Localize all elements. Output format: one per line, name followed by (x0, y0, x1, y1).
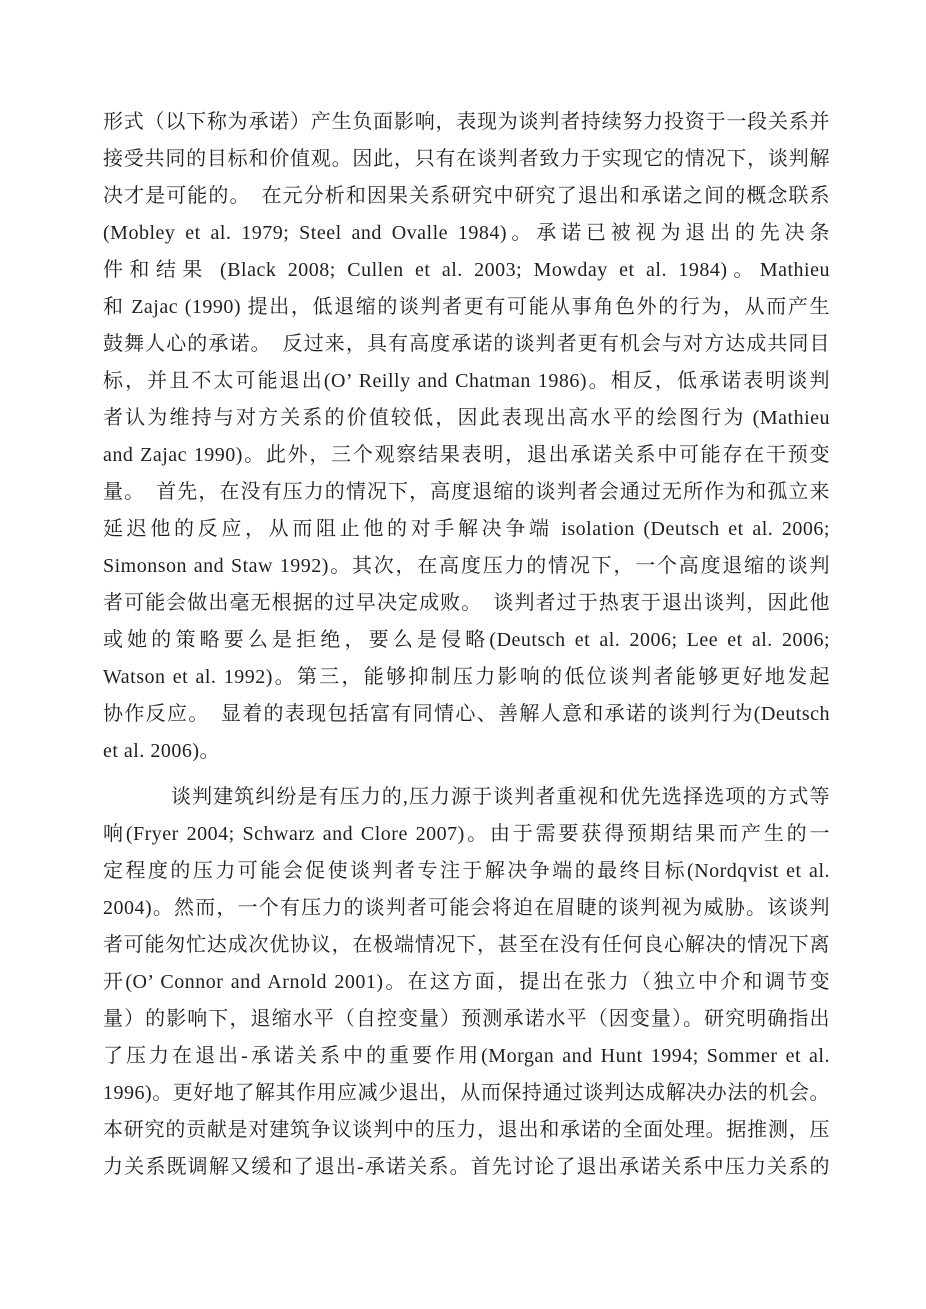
text-line: 开(O’ Connor and Arnold 2001)。在这方面，提出在张力（… (103, 964, 830, 1001)
text-line: 决才是可能的。 在元分析和因果关系研究中研究了退出和承诺之间的概念联系 (103, 178, 830, 215)
text-line: 1996)。更好地了解其作用应减少退出，从而保持通过谈判达成解决办法的机会。 (103, 1075, 830, 1112)
text-line: 件和结果 (Black 2008; Cullen et al. 2003; Mo… (103, 252, 830, 289)
text-line: 鼓舞人心的承诺。 反过来，具有高度承诺的谈判者更有机会与对方达成共同目 (103, 326, 830, 363)
text-line: and Zajac 1990)。此外，三个观察结果表明，退出承诺关系中可能存在干… (103, 437, 830, 474)
text-line: 接受共同的目标和价值观。因此，只有在谈判者致力于实现它的情况下，谈判解 (103, 141, 830, 178)
text-line: 或她的策略要么是拒绝，要么是侵略(Deutsch et al. 2006; Le… (103, 622, 830, 659)
paragraph: 谈判建筑纠纷是有压力的,压力源于谈判者重视和优先选择选项的方式等影响(Fryer… (103, 779, 830, 1186)
text-line: 力关系既调解又缓和了退出-承诺关系。首先讨论了退出承诺关系中压力关系的 (103, 1149, 830, 1186)
text-line: 本研究的贡献是对建筑争议谈判中的压力，退出和承诺的全面处理。据推测，压 (103, 1112, 830, 1149)
paragraph: 形式（以下称为承诺）产生负面影响，表现为谈判者持续努力投资于一段关系并接受共同的… (103, 104, 830, 770)
text-line: et al. 2006)。 (103, 733, 830, 770)
text-line: 标，并且不太可能退出(O’ Reilly and Chatman 1986)。相… (103, 363, 830, 400)
text-line: 者可能匆忙达成次优协议，在极端情况下，甚至在没有任何良心解决的情况下离 (103, 927, 830, 964)
text-line: 了压力在退出-承诺关系中的重要作用(Morgan and Hunt 1994; … (103, 1038, 830, 1075)
text-line: 者认为维持与对方关系的价值较低，因此表现出高水平的绘图行为 (Mathieu (103, 400, 830, 437)
text-line: 形式（以下称为承诺）产生负面影响，表现为谈判者持续努力投资于一段关系并 (103, 104, 830, 141)
text-line: Watson et al. 1992)。第三，能够抑制压力影响的低位谈判者能够更… (103, 659, 830, 696)
document-page: 形式（以下称为承诺）产生负面影响，表现为谈判者持续努力投资于一段关系并接受共同的… (0, 0, 926, 1309)
text-line: 谈判建筑纠纷是有压力的,压力源于谈判者重视和优先选择选项的方式等影 (103, 779, 830, 816)
text-line: 2004)。然而，一个有压力的谈判者可能会将迫在眉睫的谈判视为威胁。该谈判 (103, 890, 830, 927)
text-line: 者可能会做出毫无根据的过早决定成败。 谈判者过于热衷于退出谈判，因此他 (103, 585, 830, 622)
text-line: 和 Zajac (1990) 提出，低退缩的谈判者更有可能从事角色外的行为，从而… (103, 289, 830, 326)
text-line: 响(Fryer 2004; Schwarz and Clore 2007)。由于… (103, 816, 830, 853)
text-line: 量。 首先，在没有压力的情况下，高度退缩的谈判者会通过无所作为和孤立来 (103, 474, 830, 511)
text-line: 协作反应。 显着的表现包括富有同情心、善解人意和承诺的谈判行为(Deutsch (103, 696, 830, 733)
text-line: Simonson and Staw 1992)。其次，在高度压力的情况下，一个高… (103, 548, 830, 585)
text-line: 量）的影响下，退缩水平（自控变量）预测承诺水平（因变量）。研究明确指出 (103, 1001, 830, 1038)
text-line: 延迟他的反应，从而阻止他的对手解决争端 isolation (Deutsch e… (103, 511, 830, 548)
text-line: (Mobley et al. 1979; Steel and Ovalle 19… (103, 215, 830, 252)
text-line: 定程度的压力可能会促使谈判者专注于解决争端的最终目标(Nordqvist et … (103, 853, 830, 890)
page-text-content: 形式（以下称为承诺）产生负面影响，表现为谈判者持续努力投资于一段关系并接受共同的… (103, 104, 830, 1186)
